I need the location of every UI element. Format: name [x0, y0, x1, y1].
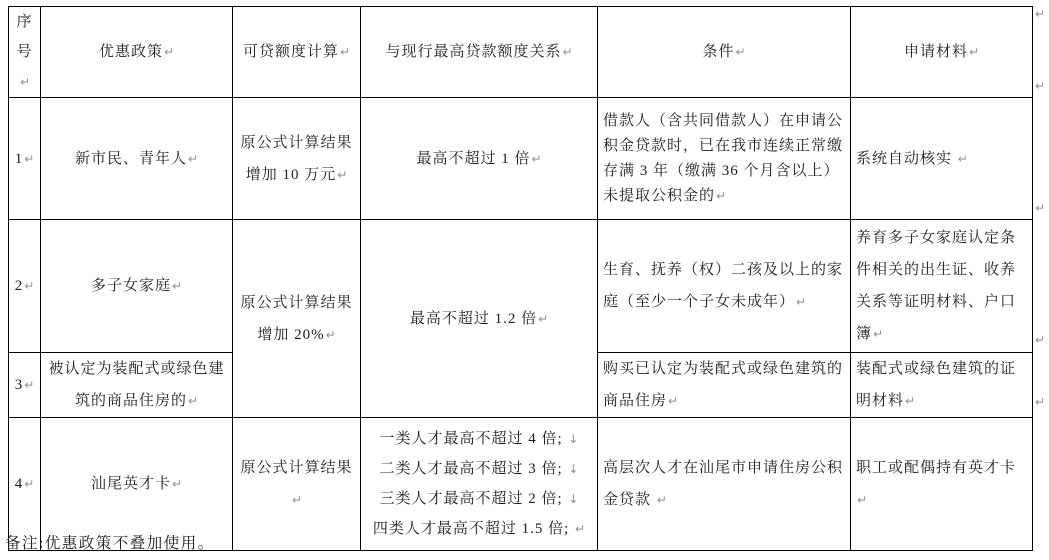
- row-end-mark-icon: ↵: [1035, 396, 1045, 408]
- cell-line: 增加 10 万元↵: [235, 159, 358, 191]
- cell-line: 条件↵: [600, 37, 848, 67]
- cell-r4-relation: 一类人才最高不超过 4 倍; ↓二类人才最高不超过 3 倍; ↓三类人才最高不超…: [361, 418, 598, 551]
- cell-r2r3-calculation: 原公式计算结果增加 20%↵: [233, 220, 361, 418]
- header-conditions: 条件↵: [598, 7, 851, 98]
- cell-r1-calculation: 原公式计算结果增加 10 万元↵: [233, 98, 361, 220]
- paragraph-mark-icon: ↵: [872, 327, 883, 341]
- cell-r3-policy: 被认定为装配式或绿色建筑的商品住房的↵: [41, 353, 233, 418]
- cell-line: 可贷额度计算↵: [235, 37, 358, 67]
- cell-r2-condition: 生育、抚养（权）二孩及以上的家庭（至少一个子女未成年）↵: [598, 220, 851, 353]
- cell-r3-number: 3↵: [9, 353, 41, 418]
- cell-r2-policy: 多子女家庭↵: [41, 220, 233, 353]
- cell-line: 与现行最高贷款额度关系↵: [363, 37, 595, 67]
- cell-line: 系统自动核实 ↵: [856, 143, 1027, 175]
- paragraph-mark-icon: ↵: [574, 522, 585, 536]
- paragraph-mark-icon: ↵: [23, 152, 34, 166]
- cell-line: 最高不超过 1 倍↵: [363, 143, 595, 175]
- cell-line: 2↵: [11, 270, 38, 302]
- header-relation-to-max-loan: 与现行最高贷款额度关系↵: [361, 7, 598, 98]
- cell-line: 4↵: [11, 468, 38, 500]
- cell-r3-condition: 购买已认定为装配式或绿色建筑的商品住房↵: [598, 353, 851, 418]
- paragraph-mark-icon: ↵: [968, 45, 979, 59]
- row-end-mark-icon: ↵: [1035, 8, 1045, 20]
- row-end-mark-icon: ↵: [1035, 202, 1045, 214]
- cell-line: 1↵: [11, 143, 38, 175]
- header-application-materials: 申请材料↵: [851, 7, 1033, 98]
- paragraph-mark-icon: ↵: [23, 378, 34, 392]
- paragraph-mark-icon: ↵: [656, 493, 667, 507]
- paragraph-mark-icon: ↵: [734, 45, 745, 59]
- paragraph-mark-icon: ↵: [667, 394, 678, 408]
- header-serial-number: 序号↵: [9, 7, 41, 98]
- paragraph-mark-icon: ↵: [325, 328, 336, 342]
- cell-line: 3↵: [11, 369, 38, 401]
- header-preferential-policy: 优惠政策↵: [41, 7, 233, 98]
- table-header-row: 序号↵ 优惠政策↵ 可贷额度计算↵ 与现行最高贷款额度关系↵ 条件↵ 申请材料↵: [9, 7, 1033, 98]
- cell-r4-condition: 高层次人才在汕尾市申请住房公积金贷款 ↵: [598, 418, 851, 551]
- cell-line: 被认定为装配式或绿色建筑的商品住房的↵: [43, 353, 230, 417]
- paragraph-mark-icon: ↵: [187, 394, 198, 408]
- cell-line: 优惠政策↵: [43, 37, 230, 67]
- paragraph-mark-icon: ↵: [856, 493, 867, 507]
- cell-line: 增加 20%↵: [235, 319, 358, 351]
- paragraph-mark-icon: ↵: [23, 477, 34, 491]
- remark-note: 备注:优惠政策不叠加使用。: [5, 531, 215, 553]
- paragraph-mark-icon: ↵: [171, 279, 182, 293]
- table-row: 2↵ 多子女家庭↵ 原公式计算结果增加 20%↵ 最高不超过 1.2 倍↵ 生育…: [9, 220, 1033, 353]
- paragraph-mark-icon: ↵: [795, 295, 806, 309]
- paragraph-mark-icon: ↵: [171, 477, 182, 491]
- cell-line: 养育多子女家庭认定条件相关的出生证、收养关系等证明材料、户口簿↵: [856, 222, 1027, 350]
- cell-line: 购买已认定为装配式或绿色建筑的商品住房↵: [603, 353, 845, 417]
- paragraph-mark-icon: ↵: [23, 279, 34, 293]
- cell-line: 三类人才最高不超过 2 倍; ↓: [363, 484, 595, 514]
- paragraph-mark-icon: ↵: [957, 152, 968, 166]
- paragraph-mark-icon: ↵: [561, 45, 572, 59]
- cell-line: 申请材料↵: [853, 37, 1030, 67]
- cell-line: 职工或配偶持有英才卡↵: [856, 452, 1027, 516]
- cell-line: 汕尾英才卡↵: [43, 468, 230, 500]
- row-end-mark-icon: ↵: [1035, 80, 1045, 92]
- cell-line: 原公式计算结果↵: [235, 452, 358, 516]
- paragraph-mark-icon: ↵: [19, 75, 30, 89]
- cell-line: 原公式计算结果: [235, 127, 358, 159]
- header-loan-amount-calculation: 可贷额度计算↵: [233, 7, 361, 98]
- cell-line: 新市民、青年人↵: [43, 143, 230, 175]
- row-end-mark-icon: ↵: [1035, 334, 1045, 346]
- cell-line: 最高不超过 1.2 倍↵: [363, 303, 595, 335]
- paragraph-mark-icon: ↵: [291, 493, 302, 507]
- cell-r1-condition: 借款人（含共同借款人）在申请公积金贷款时，已在我市连续正常缴存满 3 年（缴满 …: [598, 98, 851, 220]
- cell-r2-materials: 养育多子女家庭认定条件相关的出生证、收养关系等证明材料、户口簿↵: [851, 220, 1033, 353]
- cell-line: 生育、抚养（权）二孩及以上的家庭（至少一个子女未成年）↵: [603, 254, 845, 318]
- cell-line: 原公式计算结果: [235, 287, 358, 319]
- cell-line: 一类人才最高不超过 4 倍; ↓: [363, 424, 595, 454]
- paragraph-mark-icon: ↵: [530, 152, 541, 166]
- cell-line: 借款人（含共同借款人）在申请公积金贷款时，已在我市连续正常缴存满 3 年（缴满 …: [603, 109, 845, 209]
- cell-r1-policy: 新市民、青年人↵: [41, 98, 233, 220]
- paragraph-mark-icon: ↵: [537, 312, 548, 326]
- cell-r4-calculation: 原公式计算结果↵: [233, 418, 361, 551]
- paragraph-mark-icon: ↵: [339, 45, 350, 59]
- policy-table: 序号↵ 优惠政策↵ 可贷额度计算↵ 与现行最高贷款额度关系↵ 条件↵ 申请材料↵…: [8, 6, 1033, 551]
- cell-line: 二类人才最高不超过 3 倍; ↓: [363, 454, 595, 484]
- cell-line: 序号↵: [11, 7, 38, 97]
- paragraph-mark-icon: ↵: [336, 168, 347, 182]
- line-break-mark-icon: ↓: [567, 462, 578, 476]
- table-row: 1↵ 新市民、青年人↵ 原公式计算结果增加 10 万元↵ 最高不超过 1 倍↵ …: [9, 98, 1033, 220]
- paragraph-mark-icon: ↵: [163, 45, 174, 59]
- line-break-mark-icon: ↓: [567, 432, 578, 446]
- cell-r4-materials: 职工或配偶持有英才卡↵: [851, 418, 1033, 551]
- cell-r3-materials: 装配式或绿色建筑的证明材料↵: [851, 353, 1033, 418]
- line-break-mark-icon: ↓: [567, 492, 578, 506]
- cell-r1-materials: 系统自动核实 ↵: [851, 98, 1033, 220]
- paragraph-mark-icon: ↵: [715, 189, 726, 203]
- cell-line: 四类人才最高不超过 1.5 倍; ↵: [363, 514, 595, 544]
- cell-r2r3-relation: 最高不超过 1.2 倍↵: [361, 220, 598, 418]
- paragraph-mark-icon: ↵: [187, 152, 198, 166]
- cell-line: 高层次人才在汕尾市申请住房公积金贷款 ↵: [603, 452, 845, 516]
- cell-line: 装配式或绿色建筑的证明材料↵: [856, 353, 1027, 417]
- cell-r1-relation: 最高不超过 1 倍↵: [361, 98, 598, 220]
- paragraph-mark-icon: ↵: [904, 394, 915, 408]
- cell-line: 多子女家庭↵: [43, 270, 230, 302]
- cell-r1-number: 1↵: [9, 98, 41, 220]
- cell-r2-number: 2↵: [9, 220, 41, 353]
